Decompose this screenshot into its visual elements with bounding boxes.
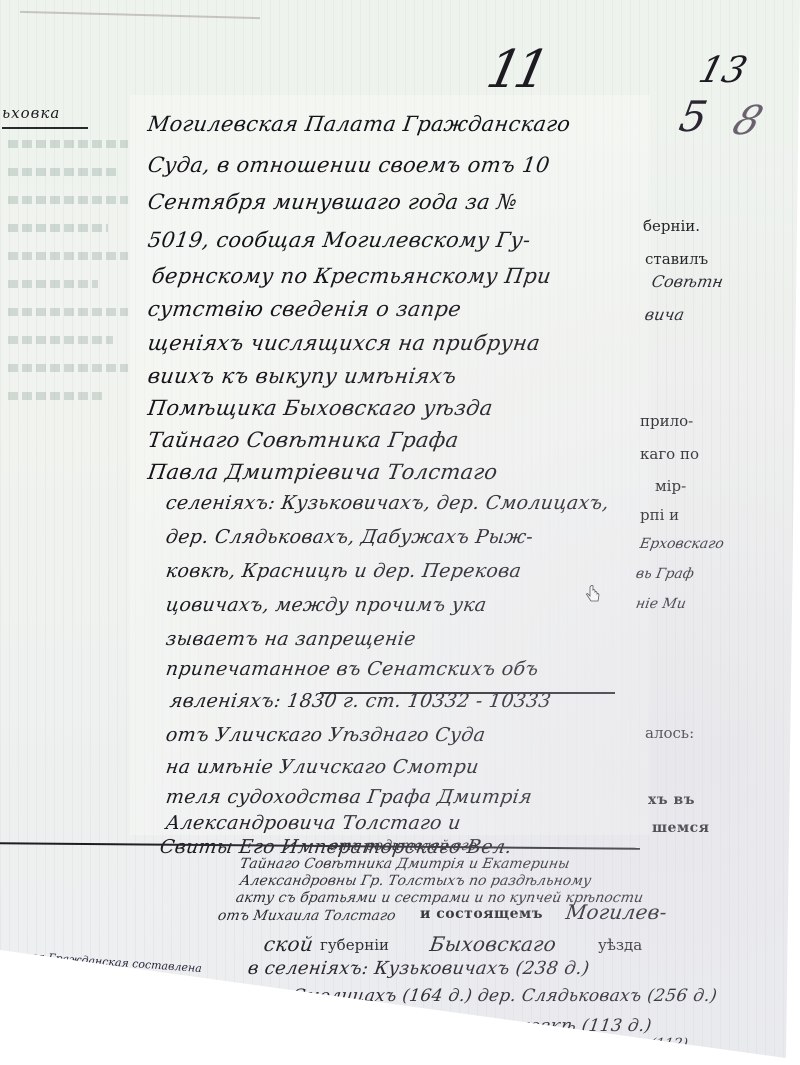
text-line: зываетъ на запрещеніе [164, 628, 417, 650]
handwritten-fragment: ніе Ми [635, 596, 688, 612]
bleed-through-line [8, 280, 98, 288]
bleed-through-line [8, 392, 103, 400]
folio-number-left: 11 [482, 40, 549, 100]
printed-fragment: прило- [640, 412, 693, 430]
text-line: Александровича Толстаго и [164, 812, 462, 834]
text-line: Сентября минувшаго года за № [146, 190, 519, 214]
text-line: Суда, в отношении своемъ отъ 10 [146, 153, 551, 177]
lower-text-line: Быховскаго [428, 932, 558, 956]
folio-number-right-lower: 5 [676, 92, 711, 141]
handwritten-fragment: Ерховскаго [639, 536, 726, 552]
lower-text-line: в селеніяхъ: Кузьковичахъ (238 д.) [247, 958, 591, 979]
text-line: Помѣщика Быховскаго уѣзда [146, 396, 494, 420]
printed-fragment: шемся [652, 820, 709, 836]
bleed-through-line [8, 168, 118, 176]
lower-text-line: Тайнаго Совѣтника Дмитрія и Екатерины [239, 856, 571, 872]
lower-text-line: ской [262, 932, 315, 956]
printed-fragment: алось: [645, 724, 694, 742]
lower-text-line: акту съ братьями и сестрами и по купчей … [235, 890, 645, 906]
printed-fragment: губерніи [320, 936, 389, 954]
text-line: Тайнаго Совѣтника Графа [146, 428, 460, 452]
margin-note-line: дер. Рыжковку и въ Грудиновъ [0, 966, 183, 992]
text-line: виихъ къ выкупу имѣніяхъ [146, 364, 458, 388]
margin-heading-underline [2, 127, 88, 129]
section-divider [0, 842, 640, 850]
bleed-through-line [8, 336, 113, 344]
text-line: дер. Слядьковахъ, Дабужахъ Рыж- [164, 526, 534, 548]
printed-fragment: уѣзда [598, 936, 642, 954]
text-line: бернскому по Крестьянскому При [150, 264, 552, 288]
folio-number-right: 13 [695, 50, 752, 91]
text-line: щеніяхъ числящихся на прибруна [146, 331, 541, 355]
text-line: Павла Дмитріевича Толстаго [146, 460, 499, 484]
text-line: цовичахъ, между прочимъ ука [164, 594, 488, 616]
printed-fragment: и состоящемъ [420, 906, 543, 922]
text-line: припечатанное въ Сенатскихъ объ [164, 658, 539, 680]
bleed-through-line [8, 224, 108, 232]
printed-fragment: мір- [655, 477, 686, 495]
text-line: явленіяхъ: 1830 г. ст. 10332 - 10333 [168, 690, 552, 712]
bleed-through-line [8, 364, 128, 372]
text-line: 5019, сообщая Могилевскому Гу- [146, 228, 532, 252]
lower-text-line: (112) [649, 1036, 689, 1052]
text-line: теля судоходства Графа Дмитрія [164, 786, 533, 808]
margin-note-line: ...ныя при № [30, 987, 103, 1005]
underline-1830 [320, 692, 615, 694]
text-line: на имѣніе Уличскаго Смотри [164, 756, 480, 778]
lower-text-line: дер. Смолицахъ (164 д.) дер. Слядьковахъ… [247, 986, 719, 1006]
lower-text-line: отъ Михаила Толстаго [217, 908, 397, 924]
margin-note-line: ...овная Гражданская составлена [0, 948, 202, 975]
lower-text-line: отъ родителей его [329, 838, 479, 854]
lower-text-line: Могилев- [564, 900, 668, 924]
hand-cursor-icon [585, 585, 601, 605]
pasted-slip [130, 95, 650, 835]
margin-heading: ьховка [2, 104, 60, 122]
handwritten-fragment: Совѣтн [650, 272, 724, 291]
printed-fragment: каго по [640, 445, 699, 463]
text-line: ковкѣ, Красницѣ и дер. Перекова [164, 560, 522, 582]
text-line: селеніяхъ: Кузьковичахъ, дер. Смолицахъ, [164, 492, 610, 514]
bleed-through-line [8, 140, 128, 148]
printed-fragment: хъ въ [648, 792, 695, 808]
printed-fragment: берніи. [643, 217, 700, 235]
lower-text-line: (97 д.) и д. Рыжковкѣ (113 д.) [369, 1016, 653, 1036]
top-fold-line [20, 11, 260, 19]
text-line: Могилевская Палата Гражданскаго [146, 112, 572, 136]
lower-text-line: Александровны Гр. Толстыхъ по раздѣльном… [239, 873, 593, 889]
document-page: 11 13 5 8 ьховка Могилевская Палата Граж… [0, 0, 800, 1065]
handwritten-fragment: вь Граф [635, 566, 696, 582]
printed-fragment: рпі и [640, 506, 679, 524]
bleed-through-line [8, 308, 128, 316]
handwritten-fragment: вича [643, 305, 685, 324]
text-line: Свиты Его Императорскаго Вел. [158, 836, 513, 858]
bleed-through-line [8, 196, 128, 204]
text-line: сутствію сведенія о запре [146, 297, 462, 321]
text-line: отъ Уличскаго Уѣзднаго Суда [164, 724, 486, 746]
folio-number-right-faded: 8 [727, 98, 769, 144]
printed-fragment: ставилъ [645, 250, 708, 268]
bleed-through-line [8, 252, 128, 260]
